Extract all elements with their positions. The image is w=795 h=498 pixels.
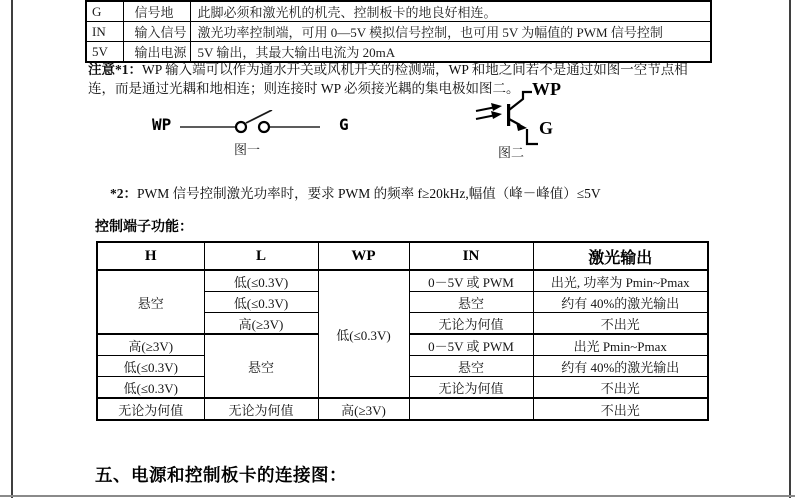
cell-out: 不出光 — [533, 313, 708, 335]
cell-out: 约有 40%的激光输出 — [533, 292, 708, 313]
cell-in: 0－5V 或 PWM — [409, 334, 533, 356]
figure-1-caption: 图一 — [234, 139, 260, 158]
col-header-l: L — [204, 242, 318, 270]
pin-name: 信号地 — [123, 1, 190, 22]
cell-in: 0－5V 或 PWM — [409, 270, 533, 292]
cell-out: 出光, 功率为 Pmin~Pmax — [533, 270, 708, 292]
pin-id: G — [86, 1, 123, 22]
pin-row-5v: 5V 输出电源 5V 输出，其最大输出电流为 20mA — [86, 42, 711, 63]
page-left-border — [11, 0, 13, 498]
cell-h: 低(≤0.3V) — [97, 356, 204, 377]
note-2: *2：PWM 信号控制激光功率时，要求 PWM 的频率 f≥20kHz,幅值（峰… — [110, 184, 601, 203]
pin-desc: 5V 输出，其最大输出电流为 20mA — [190, 42, 711, 63]
note-2-text: PWM 信号控制激光功率时，要求 PWM 的频率 f≥20kHz,幅值（峰－峰值… — [137, 186, 601, 201]
pin-id: IN — [86, 22, 123, 42]
pin-name: 输入信号 — [123, 22, 190, 42]
pin-row-in: IN 输入信号 激光功率控制端，可用 0—5V 模拟信号控制，也可用 5V 为幅… — [86, 22, 711, 42]
cell-l: 无论为何值 — [204, 398, 318, 420]
cell-out: 约有 40%的激光输出 — [533, 356, 708, 377]
ctrl-row-1: 悬空 低(≤0.3V) 低(≤0.3V) 0－5V 或 PWM 出光, 功率为 … — [97, 270, 708, 292]
cell-in: 悬空 — [409, 356, 533, 377]
cell-h: 低(≤0.3V) — [97, 377, 204, 399]
pin-description-table: G 信号地 此脚必须和激光机的机壳、控制板卡的地良好相连。 IN 输入信号 激光… — [85, 0, 712, 63]
section-5-heading: 五、电源和控制板卡的连接图： — [95, 462, 347, 487]
col-header-h: H — [97, 242, 204, 270]
control-section-title: 控制端子功能： — [95, 216, 193, 236]
note-1-line-2: 连，而是通过光耦和地相连；则连接时 WP 必须接光耦的集电极如图二。 — [88, 79, 688, 98]
cell-wp: 高(≥3V) — [318, 398, 409, 420]
cell-out: 出光 Pmin~Pmax — [533, 334, 708, 356]
note-2-label: *2： — [110, 186, 137, 201]
cell-in: 无论为何值 — [409, 377, 533, 399]
figure-1-wp-label: WP — [152, 115, 171, 134]
cell-in — [409, 398, 533, 420]
ctrl-header-row: H L WP IN 激光输出 — [97, 242, 708, 270]
cell-h: 悬空 — [97, 270, 204, 334]
cell-wp: 低(≤0.3V) — [318, 270, 409, 398]
cell-l: 高(≥3V) — [204, 313, 318, 335]
cell-l: 低(≤0.3V) — [204, 270, 318, 292]
pin-desc: 此脚必须和激光机的机壳、控制板卡的地良好相连。 — [190, 1, 711, 22]
cell-h: 无论为何值 — [97, 398, 204, 420]
figure-1-g-label: G — [339, 115, 349, 134]
cell-h: 高(≥3V) — [97, 334, 204, 356]
cell-l: 低(≤0.3V) — [204, 292, 318, 313]
document-page: G 信号地 此脚必须和激光机的机壳、控制板卡的地良好相连。 IN 输入信号 激光… — [0, 0, 795, 498]
figure-2-g-label: G — [539, 118, 553, 139]
figure-1: WP G 图一 — [150, 110, 365, 160]
pin-id: 5V — [86, 42, 123, 63]
figure-2-caption: 图二 — [498, 142, 524, 161]
note-1-label: 注意*1： — [88, 62, 142, 77]
pin-row-g: G 信号地 此脚必须和激光机的机壳、控制板卡的地良好相连。 — [86, 1, 711, 22]
cell-l: 悬空 — [204, 334, 318, 398]
col-header-in: IN — [409, 242, 533, 270]
figure-2-wp-label: WP — [532, 79, 561, 100]
cell-in: 悬空 — [409, 292, 533, 313]
note-1-text: WP 输入端可以作为通水开关或风机开关的检测端，WP 和地之间若不是通过如图一空… — [142, 62, 688, 77]
cell-out: 不出光 — [533, 377, 708, 399]
cell-in: 无论为何值 — [409, 313, 533, 335]
page-bottom-rule — [0, 495, 795, 497]
note-1-line-1: 注意*1：WP 输入端可以作为通水开关或风机开关的检测端，WP 和地之间若不是通… — [88, 60, 688, 79]
page-right-border — [789, 0, 791, 498]
col-header-laser-output: 激光输出 — [533, 242, 708, 270]
ctrl-row-7: 无论为何值 无论为何值 高(≥3V) 不出光 — [97, 398, 708, 420]
figure-2: WP G 图二 — [468, 80, 578, 162]
note-1: 注意*1：WP 输入端可以作为通水开关或风机开关的检测端，WP 和地之间若不是通… — [88, 60, 688, 98]
cell-out: 不出光 — [533, 398, 708, 420]
pin-desc: 激光功率控制端，可用 0—5V 模拟信号控制，也可用 5V 为幅值的 PWM 信… — [190, 22, 711, 42]
pin-name: 输出电源 — [123, 42, 190, 63]
control-function-table: H L WP IN 激光输出 悬空 低(≤0.3V) 低(≤0.3V) 0－5V… — [96, 241, 709, 421]
col-header-wp: WP — [318, 242, 409, 270]
